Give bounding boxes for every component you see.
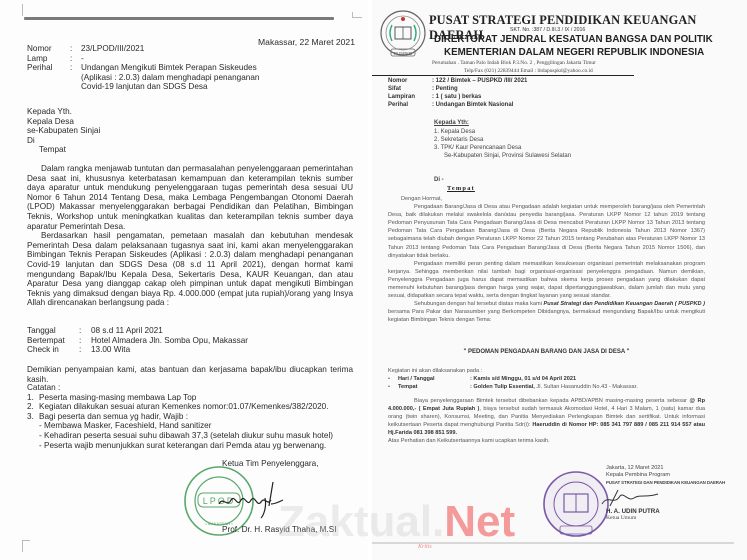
exec-key: Tempat (398, 383, 470, 391)
note-item: 3.Bagi peserta dan semua yg hadir, Wajib… (27, 412, 333, 422)
exec-intro: Kegiatan ini akan dilaksanakan pada : (388, 367, 638, 375)
addressee-block: Kepada Yth: 1. Kepala Desa 2. Sekretaris… (434, 119, 571, 160)
body-paragraph: Sehubungan dengan hal tersebut diatas ma… (388, 300, 705, 324)
addressee-line: 2. Sekretaris Desa (434, 136, 571, 144)
meta-key: Sifat (388, 85, 432, 93)
org-directorate: DIREKTORAT JENDRAL KESATUAN BANGSA DAN P… (434, 34, 713, 45)
exec-value-bold: : Golden Tulip Essential, (470, 384, 535, 390)
event-value: 08 s.d 11 April 2021 (91, 326, 163, 336)
event-colon: : (79, 326, 91, 336)
event-value: Hotel Almadera Jln. Somba Opu, Makassar (91, 336, 248, 346)
execution-details: Kegiatan ini akan dilaksanakan pada : • … (388, 367, 638, 391)
meta-row: Lampiran: 1 ( satu ) berkas (388, 93, 527, 101)
thanks-text: Atas Perhatian dan Keikutsertaannya kami… (388, 437, 705, 445)
addressee-line: Kepala Desa (27, 117, 100, 127)
meta-row-nomor: Nomor: 23/LPOD/III/2021 (27, 44, 261, 54)
org-ministry: KEMENTERIAN DALAM NEGERI REPUBLIK INDONE… (444, 47, 704, 58)
body-paragraph: Dalam rangka menjawab tuntutan dan perma… (27, 164, 353, 231)
exec-value: : Golden Tulip Essential, Jl. Sultan Has… (470, 383, 638, 391)
addressee-line: 1. Kepala Desa (434, 128, 571, 136)
addressee-line: se-Kabupaten Sinjai (27, 126, 100, 136)
exec-row: • Tempat : Golden Tulip Essential, Jl. S… (388, 383, 638, 391)
exec-value-bold: : Kamis s/d Minggu, 01 s/d 04 April 2021 (470, 376, 576, 382)
exec-value-rest: Jl. Sultan Hasanuddin No.43 - Makassar. (535, 384, 638, 390)
sub-note: - Peserta wajib menunjukkan surat ketera… (27, 441, 333, 451)
letter-date: Makassar, 22 Maret 2021 (258, 37, 355, 47)
meta-value: 23/LPOD/III/2021 (81, 44, 261, 54)
event-row: Bertempat: Hotel Almadera Jln. Somba Opu… (27, 336, 248, 346)
event-key: Check in (27, 345, 79, 355)
org-highlight: Pusat Strategi dan Pendidikan Keuangan D… (544, 301, 705, 307)
svg-text:PUSPKD: PUSPKD (394, 51, 413, 56)
text-span: Sehubungan dengan hal tersebut diatas ma… (414, 301, 544, 307)
cost-paragraph: Biaya penyelenggaraan Bimtek tersebut di… (388, 397, 705, 446)
addressee-block: Kepada Yth. Kepala Desa se-Kabupaten Sin… (27, 107, 100, 155)
letter-body: Dengan Hormat, Pengadaan Barang/Jasa di … (388, 195, 705, 325)
note-item: 1.Peserta masing-masing membawa Lap Top (27, 393, 333, 403)
page-corner-mark (352, 12, 362, 18)
sub-note: - Kehadiran peserta sesuai suhu dibawah … (27, 431, 333, 441)
page-corner-mark (22, 540, 30, 552)
addressee-place: Tempat (447, 185, 475, 192)
signature-block: Jakarta, 12 Maret 2021 Kepala Pembina Pr… (606, 465, 726, 522)
note-item: 2.Kegiatan dilakukan sesuai aturan Kemen… (27, 402, 333, 412)
meta-colon: : (70, 54, 81, 64)
meta-colon: : (70, 63, 81, 92)
event-key: Tanggal (27, 326, 79, 336)
header-rule (24, 17, 334, 20)
org-address: Perumahan . Taman Palo Indah Blok P.3.No… (432, 60, 596, 66)
letter-meta: Nomor: 122 / Bimtek – PUSPKD /III/ 2021 … (388, 77, 527, 109)
event-row: Check in: 13.00 Wita (27, 345, 248, 355)
note-number: 3. (27, 412, 39, 422)
note-number: 1. (27, 393, 39, 403)
event-value: 13.00 Wita (91, 345, 130, 355)
meta-value: : 1 ( satu ) berkas (432, 93, 481, 101)
watermark-brand: Net (444, 497, 515, 546)
meta-key: Perihal (27, 63, 70, 92)
meta-row-perihal: Perihal: Undangan Mengikuti Bimtek Perap… (27, 63, 261, 92)
org-registration: SKT. No. :387 / D.III.3 / IX / 2016 (510, 27, 585, 33)
note-text: Kegiatan dilakukan sesuai aturan Kemenke… (39, 402, 328, 412)
right-letter: PUSPKD PUSAT STRATEGI PENDIDIKAN KEUANGA… (372, 0, 747, 560)
page-corner-mark (22, 4, 23, 16)
meta-key: Nomor (27, 44, 70, 54)
addressee-place: Tempat (27, 145, 100, 155)
body-paragraph: Pengadaan memiliki peran penting dalam m… (388, 260, 705, 300)
sign-org: PUSAT STRATEGI DAN PENDIDIKAN KEUANGAN D… (606, 479, 726, 486)
addressee-title: Kepada Yth: (434, 119, 571, 127)
event-colon: : (79, 345, 91, 355)
letter-body: Dalam rangka menjawab tuntutan dan perma… (27, 164, 353, 308)
addressee-line: 3. TPK/ Kaur Perencanaan Desa (434, 144, 571, 152)
meta-value: : 122 / Bimtek – PUSPKD /III/ 2021 (432, 77, 527, 85)
meta-value: - (81, 54, 261, 64)
text-span: Biaya penyelenggaraan Bimtek tersebut di… (414, 398, 690, 404)
event-colon: : (79, 336, 91, 346)
meta-row: Nomor: 122 / Bimtek – PUSPKD /III/ 2021 (388, 77, 527, 85)
bimtek-theme: " PEDOMAN PENGADAAN BARANG DAN JASA DI D… (388, 349, 705, 355)
meta-value: : Undangan Bimtek Nasional (432, 101, 513, 109)
meta-value: : Penting (432, 85, 458, 93)
sign-date: Jakarta, 12 Maret 2021 (606, 465, 726, 472)
left-letter: Makassar, 22 Maret 2021 Nomor: 23/LPOD/I… (0, 0, 368, 560)
greeting: Dengan Hormat, (388, 195, 705, 203)
meta-value: Undangan Mengikuti Bimtek Perapan Siskeu… (81, 63, 261, 92)
signatory-name: H. A. UDIN PUTRA (606, 508, 726, 515)
note-text: Peserta masing-masing membawa Lap Top (39, 393, 196, 403)
signatory-title: Ketua Umum (606, 515, 726, 522)
header-rule (372, 75, 634, 76)
letter-meta: Nomor: 23/LPOD/III/2021 Lamp: - Perihal:… (27, 44, 261, 92)
org-contact: Telp/Fax (021) 22839444 Email : litdapus… (464, 68, 593, 74)
watermark-prefix: Zaktual. (278, 497, 444, 546)
body-paragraph: Berdasarkan hasil pengamatan, pemetaan m… (27, 231, 353, 308)
sub-note: - Membawa Masker, Faceshield, Hand sanit… (27, 421, 333, 431)
closing-text: Demikian penyampaian kami, atas bantuan … (27, 365, 353, 384)
signatory-title: Ketua Tim Penyelenggara, (222, 459, 319, 468)
meta-key: Nomor (388, 77, 432, 85)
addressee-region: Se-Kabupaten Sinjai, Provinsi Sulawesi S… (434, 152, 571, 160)
puspkd-logo-icon: PUSPKD (379, 9, 427, 61)
cost-text: Biaya penyelenggaraan Bimtek tersebut di… (388, 397, 705, 437)
notes-list: 1.Peserta masing-masing membawa Lap Top … (27, 393, 333, 422)
text-span: bersama Para Pakar dan Narasumber yang B… (388, 309, 705, 323)
meta-key: Lampiran (388, 93, 432, 101)
meta-key: Lamp (27, 54, 70, 64)
meta-row-lamp: Lamp: - (27, 54, 261, 64)
event-details: Tanggal: 08 s.d 11 April 2021 Bertempat:… (27, 326, 248, 355)
note-text: Bagi peserta dan semua yg hadir, Wajib : (39, 412, 188, 422)
addressee-line: Kepada Yth. (27, 107, 100, 117)
signature-icon (215, 478, 285, 520)
note-number: 2. (27, 402, 39, 412)
sign-role: Kepala Pembina Program (606, 472, 726, 479)
watermark: Zaktual.Net (278, 500, 515, 544)
notes-block: Catatan : 1.Peserta masing-masing membaw… (27, 383, 333, 450)
meta-key: Perihal (388, 101, 432, 109)
addressee-di: Di - (434, 177, 444, 183)
exec-key: Hari / Tanggal (398, 375, 470, 383)
event-row: Tanggal: 08 s.d 11 April 2021 (27, 326, 248, 336)
meta-row: Perihal: Undangan Bimtek Nasional (388, 101, 527, 109)
bullet-icon: • (388, 383, 398, 391)
notes-title: Catatan : (27, 383, 333, 393)
meta-row: Sifat: Penting (388, 85, 527, 93)
meta-colon: : (70, 44, 81, 54)
watermark-tagline: Kritis (418, 544, 432, 550)
body-paragraph: Pengadaan Barang/Jasa di Desa atau Penga… (388, 203, 705, 260)
bullet-icon: • (388, 375, 398, 383)
event-key: Bertempat (27, 336, 79, 346)
addressee-line: Di (27, 136, 100, 146)
exec-value: : Kamis s/d Minggu, 01 s/d 04 April 2021 (470, 375, 576, 383)
exec-row: • Hari / Tanggal : Kamis s/d Minggu, 01 … (388, 375, 638, 383)
